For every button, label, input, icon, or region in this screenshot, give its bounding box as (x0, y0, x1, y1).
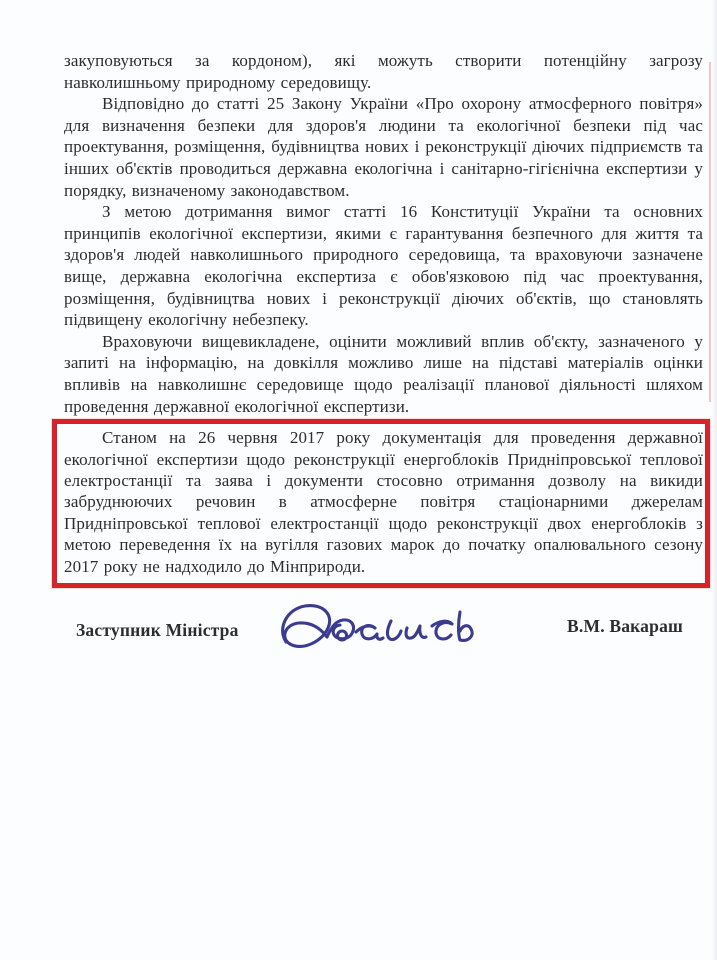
red-marker-bleed-line (709, 62, 711, 402)
signer-name: В.М. Вакараш (567, 616, 683, 637)
highlighted-paragraph: Станом на 26 червня 2017 року документац… (64, 427, 703, 577)
document-body: закуповуються за кордоном), які можуть с… (64, 50, 703, 641)
paragraph-article-25: Відповідно до статті 25 Закону України «… (64, 93, 703, 201)
scanned-document-page: закуповуються за кордоном), які можуть с… (0, 0, 717, 960)
red-highlight-box: Станом на 26 червня 2017 року документац… (52, 419, 710, 588)
signer-title: Заступник Міністра (76, 620, 239, 641)
paragraph-continuation: закуповуються за кордоном), які можуть с… (64, 50, 703, 93)
scan-edge-shadow (712, 0, 717, 960)
signature-block: Заступник Міністра В.М. Вакараш (64, 620, 703, 641)
paragraph-conclusion: Враховуючи вищевикладене, оцінити можлив… (64, 331, 703, 417)
paragraph-constitution-16: З метою дотримання вимог статті 16 Конст… (64, 201, 703, 331)
handwritten-signature-icon (272, 592, 487, 666)
